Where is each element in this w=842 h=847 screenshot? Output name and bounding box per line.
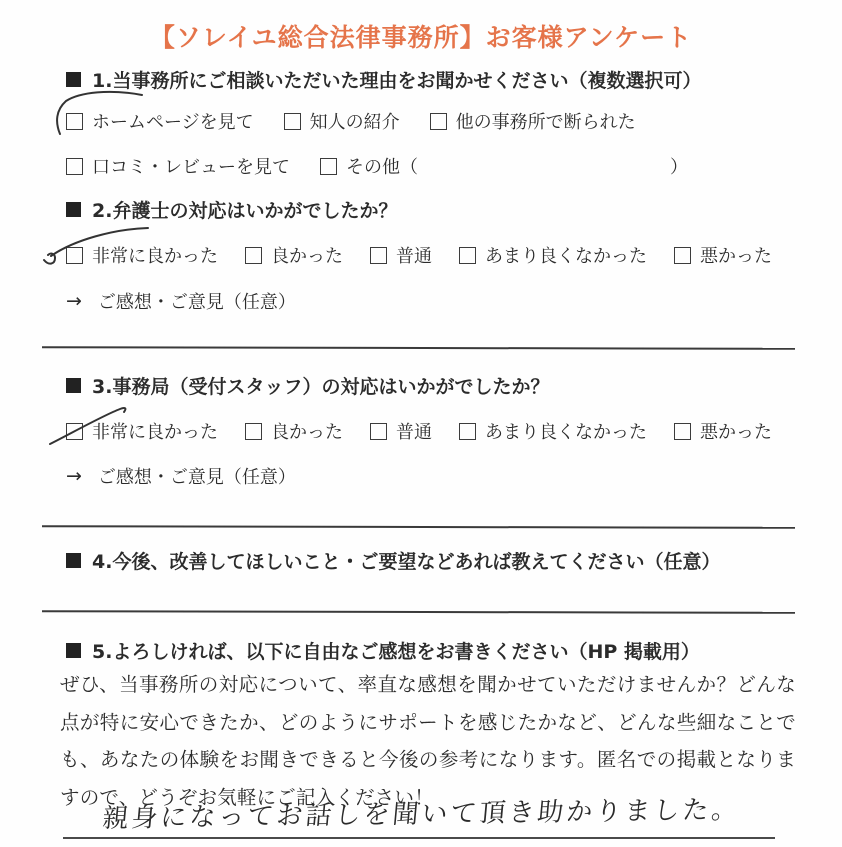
checkbox[interactable] — [245, 247, 262, 264]
q2-heading: 2.弁護士の対応はいかがでしたか？ — [66, 196, 397, 223]
checkbox[interactable] — [66, 423, 83, 440]
checkbox[interactable] — [245, 423, 262, 440]
checkbox[interactable] — [66, 113, 83, 130]
q3-options-row: 非常に良かった 良かった 普通 あまり良くなかった 悪かった — [66, 418, 772, 444]
checkbox[interactable] — [66, 247, 83, 264]
q3-option-not-good-label: あまり良くなかった — [485, 418, 647, 444]
q2-option-excellent[interactable]: 非常に良かった — [66, 242, 218, 268]
q3-option-good[interactable]: 良かった — [245, 418, 343, 444]
q3-feedback-line: → ご感想・ご意見（任意） — [66, 463, 296, 489]
answer-underline — [63, 837, 775, 839]
q3-heading-text: 3.事務局（受付スタッフ）の対応はいかがでしたか？ — [92, 372, 549, 399]
q2-option-not-good[interactable]: あまり良くなかった — [459, 242, 647, 268]
checkbox[interactable] — [66, 158, 83, 175]
q1-option-homepage-label: ホームページを見て — [92, 108, 254, 134]
checkbox[interactable] — [459, 247, 476, 264]
q2-option-bad-label: 悪かった — [700, 242, 772, 268]
divider — [42, 346, 795, 350]
arrow-right-icon: → — [66, 465, 82, 487]
q5-heading: 5.よろしければ、以下に自由なご感想をお書きください（HP 掲載用） — [66, 637, 700, 664]
q3-option-excellent-label: 非常に良かった — [92, 418, 218, 444]
q3-option-not-good[interactable]: あまり良くなかった — [459, 418, 647, 444]
q1-option-referral-label: 知人の紹介 — [310, 108, 400, 134]
q2-option-not-good-label: あまり良くなかった — [485, 242, 647, 268]
q2-options-row: 非常に良かった 良かった 普通 あまり良くなかった 悪かった — [66, 242, 772, 268]
q1-option-reviews[interactable]: 口コミ・レビューを見て — [66, 153, 290, 179]
q1-options-row1: ホームページを見て 知人の紹介 他の事務所で断られた — [66, 108, 636, 134]
section-bullet-icon — [66, 202, 81, 217]
q3-option-average[interactable]: 普通 — [370, 418, 432, 444]
checkbox[interactable] — [320, 158, 337, 175]
q1-option-referral[interactable]: 知人の紹介 — [284, 108, 400, 134]
q1-option-homepage[interactable]: ホームページを見て — [66, 108, 254, 134]
q1-option-refused-elsewhere-label: 他の事務所で断られた — [456, 108, 636, 134]
checkbox[interactable] — [370, 423, 387, 440]
section-bullet-icon — [66, 643, 81, 658]
q1-other-close-paren: ） — [670, 153, 688, 179]
q1-heading: 1.当事務所にご相談いただいた理由をお聞かせください（複数選択可） — [66, 66, 701, 93]
section-bullet-icon — [66, 378, 81, 393]
section-bullet-icon — [66, 553, 81, 568]
q3-option-bad[interactable]: 悪かった — [674, 418, 772, 444]
checkbox[interactable] — [430, 113, 447, 130]
q5-handwritten-answer-field[interactable]: 親身になってお話しを聞いて頂き助かりました。 — [63, 796, 775, 842]
q1-option-reviews-label: 口コミ・レビューを見て — [92, 153, 290, 179]
q1-other-writein-field[interactable] — [418, 156, 670, 176]
q1-option-refused-elsewhere[interactable]: 他の事務所で断られた — [430, 108, 636, 134]
q2-feedback-line: → ご感想・ご意見（任意） — [66, 288, 296, 314]
page-title: 【ソレイユ総合法律事務所】お客様アンケート — [0, 18, 842, 54]
checkbox[interactable] — [370, 247, 387, 264]
q4-heading: 4.今後、改善してほしいこと・ご要望などあれば教えてください（任意） — [66, 547, 720, 574]
q1-options-row2: 口コミ・レビューを見て その他（ ） — [66, 153, 688, 179]
section-bullet-icon — [66, 72, 81, 87]
checkbox[interactable] — [674, 247, 691, 264]
survey-page: 【ソレイユ総合法律事務所】お客様アンケート 1.当事務所にご相談いただいた理由を… — [0, 0, 842, 847]
q4-heading-text: 4.今後、改善してほしいこと・ご要望などあれば教えてください（任意） — [92, 547, 720, 574]
q2-feedback-label: ご感想・ご意見（任意） — [98, 288, 296, 314]
q3-feedback-label: ご感想・ご意見（任意） — [98, 463, 296, 489]
q5-heading-text: 5.よろしければ、以下に自由なご感想をお書きください（HP 掲載用） — [92, 637, 700, 664]
divider — [42, 610, 795, 614]
q2-option-excellent-label: 非常に良かった — [92, 242, 218, 268]
q2-option-average[interactable]: 普通 — [370, 242, 432, 268]
divider — [42, 525, 795, 529]
q1-option-other[interactable]: その他（ — [320, 153, 418, 179]
q2-option-bad[interactable]: 悪かった — [674, 242, 772, 268]
q2-option-average-label: 普通 — [396, 242, 432, 268]
q3-heading: 3.事務局（受付スタッフ）の対応はいかがでしたか？ — [66, 372, 549, 399]
checkbox[interactable] — [284, 113, 301, 130]
q2-option-good[interactable]: 良かった — [245, 242, 343, 268]
arrow-right-icon: → — [66, 290, 82, 312]
handwritten-answer-text: 親身になってお話しを聞いて頂き助かりました。 — [101, 789, 742, 835]
q2-option-good-label: 良かった — [271, 242, 343, 268]
q3-option-average-label: 普通 — [396, 418, 432, 444]
q1-heading-text: 1.当事務所にご相談いただいた理由をお聞かせください（複数選択可） — [92, 66, 701, 93]
checkbox[interactable] — [459, 423, 476, 440]
q2-heading-text: 2.弁護士の対応はいかがでしたか？ — [92, 196, 397, 223]
q3-option-good-label: 良かった — [271, 418, 343, 444]
q3-option-bad-label: 悪かった — [700, 418, 772, 444]
checkbox[interactable] — [674, 423, 691, 440]
q3-option-excellent[interactable]: 非常に良かった — [66, 418, 218, 444]
q1-option-other-label: その他（ — [346, 153, 418, 179]
